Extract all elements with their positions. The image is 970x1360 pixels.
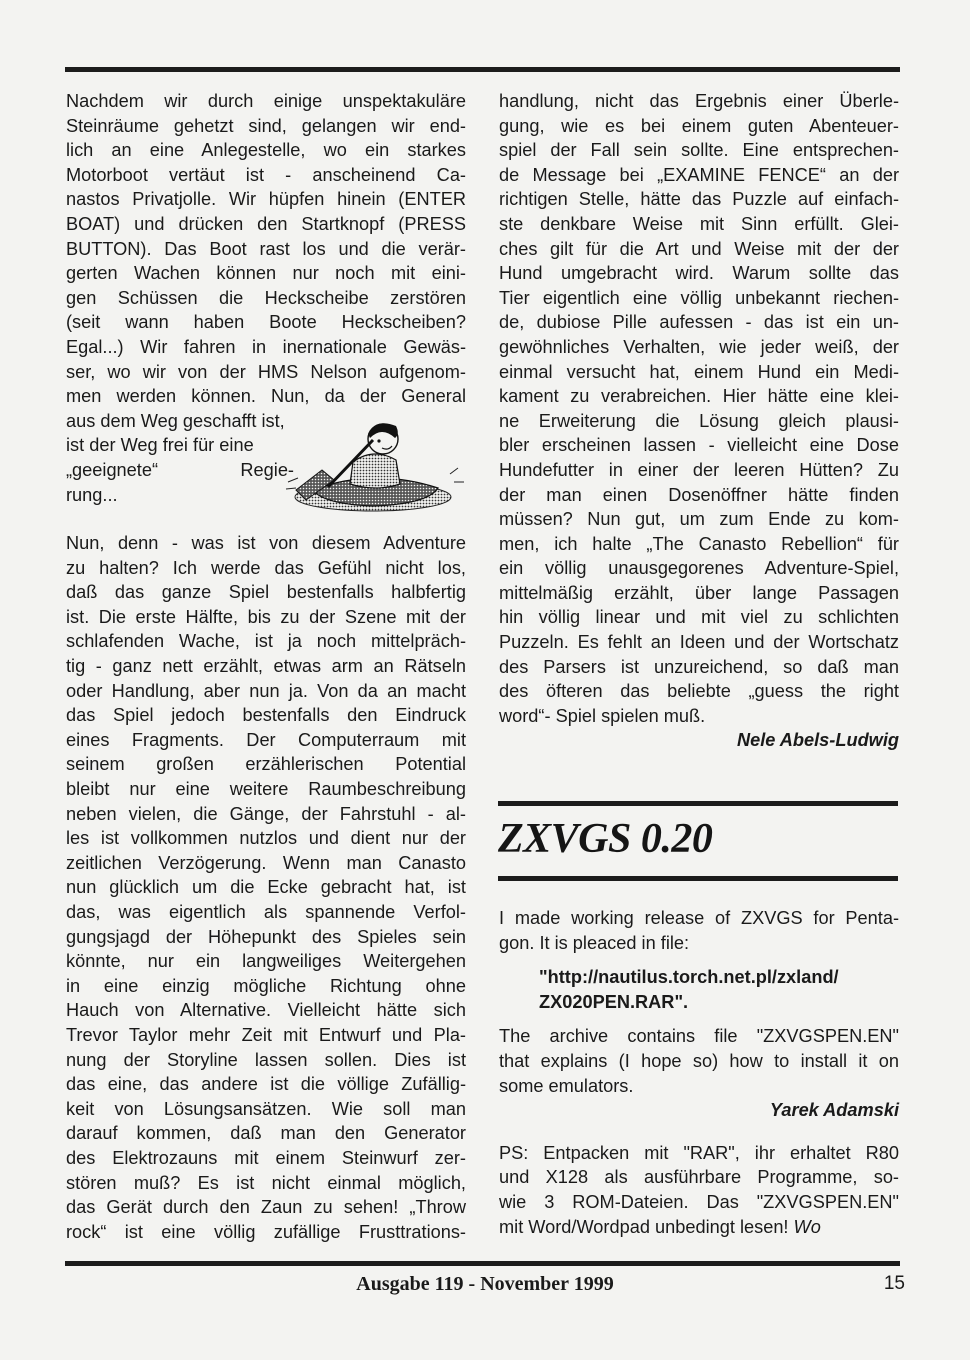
text-line: hin völlig linear und mit viel zu schlic… [499, 605, 899, 630]
text-line: gewöhnliches Verhalten, wie jeder weiß, … [499, 335, 899, 360]
text-line: einmal versucht hat, einem Hund ein Medi… [499, 360, 899, 385]
zxvgs-intro: I made working release of ZXVGS for Pent… [499, 906, 899, 955]
text-line: les ist vollkommen nutzlos und dient nur… [66, 826, 466, 851]
text-line: des Parsers ist unzureichend, so daß man [499, 655, 899, 680]
text-line: de Message bei „EXAMINE FENCE“ an der [499, 163, 899, 188]
left-column: Nachdem wir durch einige unspektakuläre … [66, 89, 466, 1244]
text-line: und X128 als ausführbare Programme, so- [499, 1165, 899, 1190]
text-line: spiel der Fall sein sollte. Eine entspre… [499, 138, 899, 163]
text-line: das, was eigentlich als spannende Verfol… [66, 900, 466, 925]
text-line: das Gerät durch den Zaun zu sehen! „Thro… [66, 1195, 466, 1220]
url-line[interactable]: "http://nautilus.torch.net.pl/zxland/ [499, 965, 899, 990]
text-line: könnte, nur ein langweiliges Weitergehen [66, 949, 466, 974]
text-line: wie 3 ROM-Dateien. Das "ZXVGSPEN.EN" [499, 1190, 899, 1215]
text-line: der man einen Dosenöffner hätte finden [499, 483, 899, 508]
text-line: keit von Lösungsansätzen. Wie soll man [66, 1097, 466, 1122]
text-line: that explains (I hope so) how to install… [499, 1049, 899, 1074]
text-line: The archive contains file "ZXVGSPEN.EN" [499, 1024, 899, 1049]
text-line: des Elektrozauns mit einem Steinwurf zer… [66, 1146, 466, 1171]
text-line: nun glücklich um die Ecke gebracht hat, … [66, 875, 466, 900]
text-line: des öfteren das beliebte „guess the righ… [499, 679, 899, 704]
right-column: handlung, nicht das Ergebnis einer Überl… [499, 89, 899, 753]
text-line: Hundefutter in einer der leeren Hütten? … [499, 458, 899, 483]
section-heading: ZXVGS 0.20 [498, 815, 712, 863]
text-line: richtigen Stelle, hätte das Puzzle auf e… [499, 187, 899, 212]
page-number: 15 [870, 1273, 905, 1295]
text-line: gerten Wachen können nur noch mit eini- [66, 261, 466, 286]
text-line: ein völlig unausgegorenes Adventure-Spie… [499, 556, 899, 581]
text-line: Nun, denn - was ist von diesem Adventure [66, 531, 466, 556]
text-line: BOAT) und drücken den Startknopf (PRESS [66, 212, 466, 237]
text-line: gon. It is pleaced in file: [499, 931, 899, 956]
text-line: ser, wo wir von der HMS Nelson aufgenom- [66, 360, 466, 385]
text-line: gungsjagd der Höhepunkt des Spieles sein [66, 925, 466, 950]
text-line: das eine, das andere ist die völlige Zuf… [66, 1072, 466, 1097]
text-line: darauf kommen, daß man den Generator [66, 1121, 466, 1146]
text-line: das Spiel jedoch bestenfalls den Eindruc… [66, 703, 466, 728]
text-line: Motorboot vertäut ist - anscheinend Ca- [66, 163, 466, 188]
text-line: eines Fragments. Der Computerraum mit [66, 728, 466, 753]
text-line: zeitlichen Verzögerung. Wenn man Canasto [66, 851, 466, 876]
text-line: rock“ ist eine völlig zufällige Frusttra… [66, 1220, 466, 1245]
text-line: nung der Storyline lassen sollen. Dies i… [66, 1048, 466, 1073]
text-line: oder Handlung, aber nun ja. Von da an ma… [66, 679, 466, 704]
issue-footer: Ausgabe 119 - November 1999 [0, 1273, 970, 1296]
zxvgs-body: The archive contains file "ZXVGSPEN.EN" … [499, 1024, 899, 1098]
author-signature: Yarek Adamski [499, 1098, 899, 1123]
text-line: some emulators. [499, 1074, 899, 1099]
text-line: daß das ganze Spiel bestenfalls halbfert… [66, 580, 466, 605]
ps-last-line: mit Word/Wordpad unbedingt lesen! [499, 1217, 788, 1237]
text-line: bleibt nur eine weitere Raumbeschreibung [66, 777, 466, 802]
author-signature: Nele Abels-Ludwig [499, 728, 899, 753]
text-line: PS: Entpacken mit "RAR", ihr erhaltet R8… [499, 1141, 899, 1166]
zxvgs-section: I made working release of ZXVGS for Pent… [499, 906, 899, 1239]
top-rule [65, 67, 900, 72]
text-line: müssen? Nun gut, um zum Ende zu kom- [499, 507, 899, 532]
text-line: Hauch von Alternative. Vielleicht hätte … [66, 998, 466, 1023]
url-line[interactable]: ZX020PEN.RAR". [499, 990, 899, 1015]
text-line: schlafenden Wache, ist ja noch mittelprä… [66, 629, 466, 654]
paddling-boat-illustration-icon [278, 412, 468, 517]
text-line: seinem großen erzählerischen Potential [66, 752, 466, 777]
text-line: lich an eine Anlegestelle, wo ein starke… [66, 138, 466, 163]
text-line: Egal...) Wir fahren in inernationale Gew… [66, 335, 466, 360]
text-line: word“- Spiel spielen muß. [499, 704, 899, 729]
text-line: Puzzeln. Es fehlt an Ideen und der Worts… [499, 630, 899, 655]
text-line: ne Erweiterung die Lösung gleich plausi- [499, 409, 899, 434]
text-line: gung, wie es bei einem guten Abenteuer- [499, 114, 899, 139]
text-line: Nachdem wir durch einige unspektakuläre [66, 89, 466, 114]
text-line: ste denkbare Weise mit Sinn erfüllt. Gle… [499, 212, 899, 237]
bottom-rule [65, 1261, 900, 1266]
text-line: men, ich halte „The Canasto Rebellion“ f… [499, 532, 899, 557]
text-line: in eine einzig mögliche Richtung ohne [66, 974, 466, 999]
paragraph-continuation: handlung, nicht das Ergebnis einer Überl… [499, 89, 899, 728]
text-line: mit Word/Wordpad unbedingt lesen! Wo [499, 1215, 899, 1240]
text-line: de, dubiose Pille aufessen - das ist ein… [499, 310, 899, 335]
text-line: zu halten? Ich werde das Gefühl nicht lo… [66, 556, 466, 581]
text-line: gen Schüssen die Heckscheibe zerstören [66, 286, 466, 311]
text-line: Tier eigentlich eine völlig unbekannt ri… [499, 286, 899, 311]
text-line: mittelmäßig erzählt, über lange Passagen [499, 581, 899, 606]
text-line: men werden können. Nun, da der General [66, 384, 466, 409]
ps-note: PS: Entpacken mit "RAR", ihr erhaltet R8… [499, 1141, 899, 1239]
text-line: BUTTON). Das Boot rast los und die verär… [66, 237, 466, 262]
text-line: Hund umgebracht wird. Warum sollte das [499, 261, 899, 286]
text-line: (seit wann haben Boote Heckscheiben? [66, 310, 466, 335]
text-line: I made working release of ZXVGS for Pent… [499, 906, 899, 931]
text-line: stören muß? Es ist nicht einmal möglich, [66, 1171, 466, 1196]
text-line: kament zu verabreichen. Hier hätte eine … [499, 384, 899, 409]
text-line: Steinräume gehetzt sind, gelangen wir en… [66, 114, 466, 139]
text-line: handlung, nicht das Ergebnis einer Überl… [499, 89, 899, 114]
text-line: ist. Die erste Hälfte, bis zu der Szene … [66, 605, 466, 630]
paragraph-2: Nun, denn - was ist von diesem Adventure… [66, 531, 466, 1244]
section-rule-bottom [498, 876, 898, 881]
ps-trailing-word: Wo [794, 1217, 821, 1237]
text-line: bler erscheinen lassen - vielleicht eine… [499, 433, 899, 458]
text-line: „geeignete“ Regie- [66, 458, 294, 483]
text-line: ches gilt für die Art und Weise mit der … [499, 237, 899, 262]
text-line: tig - ganz nett erzählt, etwas arm an Rä… [66, 654, 466, 679]
text-line: Trevor Taylor mehr Zeit mit Entwurf und … [66, 1023, 466, 1048]
section-rule-top [498, 801, 898, 806]
text-line: nastos Privatjolle. Wir hüpfen hinein (E… [66, 187, 466, 212]
download-url[interactable]: "http://nautilus.torch.net.pl/zxland/ ZX… [499, 965, 899, 1014]
text-line: neben vielen, die Gänge, der Fahrstuhl -… [66, 802, 466, 827]
